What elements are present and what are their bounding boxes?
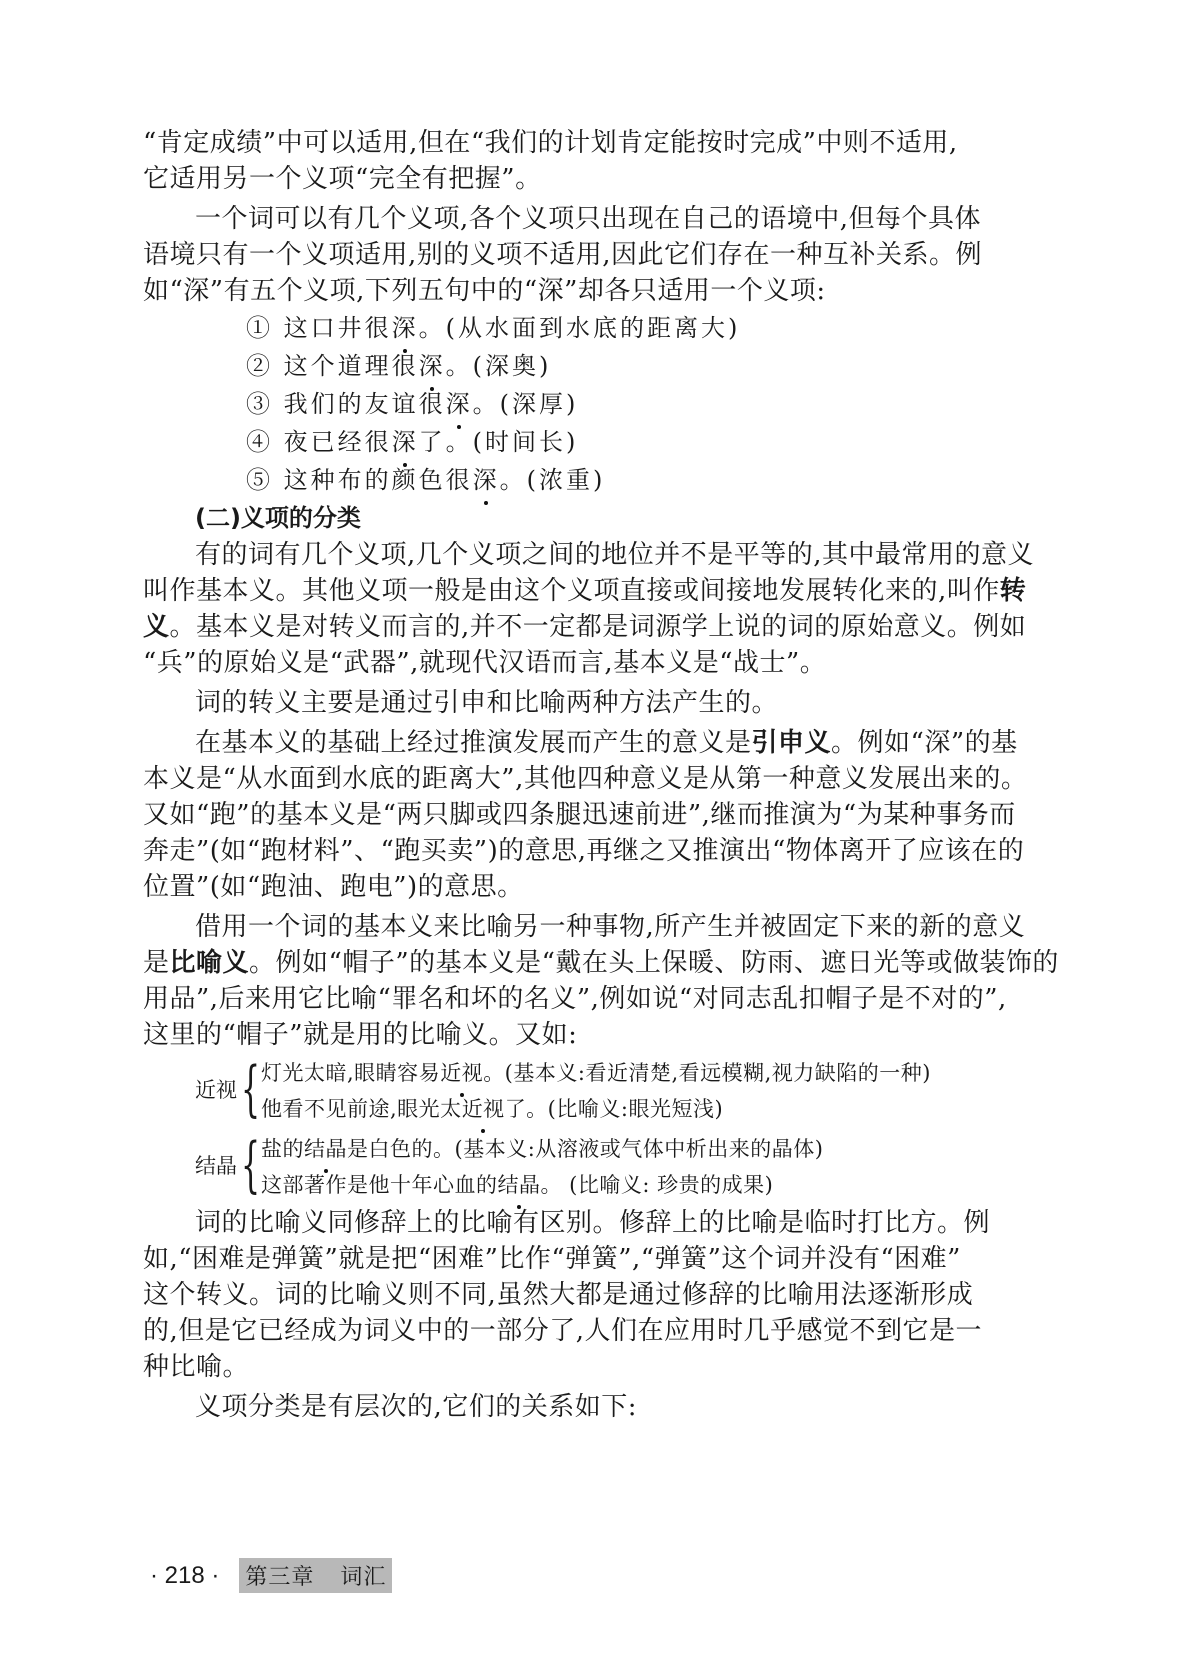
page-body: “肯定成绩”中可以适用,但在“我们的计划肯定能按时完成”中则不适用, 它适用另一… [143,125,1055,1425]
example-item: ④ 夜已经很深了。(时间长) [246,423,1055,461]
text-line: 奔走”(如“跑材料”、“跑买卖”)的意思,再继之又推演出“物体离开了应该在的 [143,833,1055,869]
example-group-jiejing: 结晶 { 盐的结晶是白色的。(基本义:从溶液或气体中析出来的晶体) 这部著作是他… [195,1131,1055,1205]
chapter-label: 第三章 词汇 [239,1558,392,1593]
text-line: 如“深”有五个义项,下列五句中的“深”却各只适用一个义项: [143,273,1055,309]
text-span: 。 (比喻义: 珍贵的成果) [541,1173,774,1197]
example-list: ① 这口井很深。(从水面到水底的距离大) ② 这个道理很深。(深奥) ③ 我们的… [143,309,1055,499]
text-span: 是 [143,948,170,978]
text-line: 有的词有几个义项,几个义项之间的地位并不是平等的,其中最常用的意义 [143,537,1055,573]
brace-icon: { [241,1057,260,1121]
text-span: 。例如“帽子”的基本义是“戴在头上保暖、防雨、遮日光等或做装饰的 [249,948,1059,978]
text-line: 是比喻义。例如“帽子”的基本义是“戴在头上保暖、防雨、遮日光等或做装饰的 [143,945,1055,981]
text-line: 义项分类是有层次的,它们的关系如下: [143,1389,1055,1425]
group-row: 盐的结晶是白色的。(基本义:从溶液或气体中析出来的晶体) [261,1131,823,1167]
group-row: 这部著作是他十年心血的结晶。 (比喻义: 珍贵的成果) [261,1167,823,1203]
example-gloss: 。(从水面到水底的距离大) [419,314,741,342]
term-bold: 比喻义 [170,948,250,978]
text-span: 这部著作是他十年心血的 [261,1173,498,1197]
emphasis-word: 近视 [440,1055,483,1091]
text-line: “兵”的原始义是“武器”,就现代汉语而言,基本义是“战士”。 [143,645,1055,681]
group-word: 结晶 [195,1151,237,1181]
text-line: 如,“困难是弹簧”就是把“困难”比作“弹簧”,“弹簧”这个词并没有“困难” [143,1241,1055,1277]
example-text: 这口井很 [284,314,392,342]
item-number: ⑤ [246,466,273,494]
page-number: · 218 · [150,1562,219,1590]
group-word: 近视 [195,1075,237,1105]
text-line: 的,但是它已经成为词义中的一部分了,人们在应用时几乎感觉不到它是一 [143,1313,1055,1349]
text-line: 又如“跑”的基本义是“两只脚或四条腿迅速前进”,继而推演为“为某种事务而 [143,797,1055,833]
example-item: ③ 我们的友谊很深。(深厚) [246,385,1055,423]
text-line: 这里的“帽子”就是用的比喻义。又如: [143,1017,1055,1053]
example-group-jinshi: 近视 { 灯光太暗,眼睛容易近视。(基本义:看近清楚,看远模糊,视力缺陷的一种)… [195,1055,1055,1129]
text-span: 是白色的。(基本义:从溶液或气体中析出来的晶体) [347,1137,823,1161]
group-row: 他看不见前途,眼光太近视了。(比喻义:眼光短浅) [261,1091,931,1127]
example-item: ① 这口井很深。(从水面到水底的距离大) [246,309,1055,347]
text-line: 它适用另一个义项“完全有把握”。 [143,161,1055,197]
text-span: 盐的 [261,1137,304,1161]
text-line: 位置”(如“跑油、跑电”)的意思。 [143,869,1055,905]
text-span: 灯光太暗,眼睛容易 [261,1061,440,1085]
text-span: 了。(比喻义:眼光短浅) [505,1097,723,1121]
item-number: ④ [246,428,273,456]
emphasis-word: 结晶 [304,1131,347,1167]
text-span: 。基本义是对转义而言的,并不一定都是词源学上说的词的原始意义。例如 [170,612,1027,642]
example-text: 这种布的颜色很 [284,466,473,494]
emphasis-word: 深 [392,309,419,347]
term-bold: 转 [1000,576,1027,606]
example-gloss: 。(浓重) [500,466,606,494]
emphasis-word: 结晶 [498,1167,541,1203]
text-span: 。例如“深”的基 [831,728,1018,758]
text-span: 他看不见前途,眼光太 [261,1097,462,1121]
item-number: ③ [246,390,273,418]
example-gloss: 。(深奥) [446,352,552,380]
emphasis-word: 近视 [462,1091,505,1127]
text-span: 。(基本义:看近清楚,看远模糊,视力缺陷的一种) [483,1061,931,1085]
term-bold: 引申义 [752,728,832,758]
emphasis-word: 深 [473,461,500,499]
example-text: 我们的友谊很 [284,390,446,418]
text-line: 用品”,后来用它比喻“罪名和坏的名义”,例如说“对同志乱扣帽子是不对的”, [143,981,1055,1017]
text-line: 种比喻。 [143,1349,1055,1385]
text-line: 词的转义主要是通过引申和比喻两种方法产生的。 [143,685,1055,721]
page-footer: · 218 · 第三章 词汇 [150,1558,392,1593]
example-item: ② 这个道理很深。(深奥) [246,347,1055,385]
example-text: 夜已经很 [284,428,392,456]
text-line: 本义是“从水面到水底的距离大”,其他四种意义是从第一种意义发展出来的。 [143,761,1055,797]
example-gloss: 了。(时间长) [419,428,579,456]
text-span: 在基本义的基础上经过推演发展而产生的意义是 [195,728,752,758]
example-gloss: 。(深厚) [473,390,579,418]
section-heading: (二)义项的分类 [143,499,1055,537]
text-line: 这个转义。词的比喻义则不同,虽然大都是通过修辞的比喻用法逐渐形成 [143,1277,1055,1313]
text-line: 义。基本义是对转义而言的,并不一定都是词源学上说的词的原始意义。例如 [143,609,1055,645]
text-line: “肯定成绩”中可以适用,但在“我们的计划肯定能按时完成”中则不适用, [143,125,1055,161]
brace-icon: { [241,1133,260,1197]
text-line: 在基本义的基础上经过推演发展而产生的意义是引申义。例如“深”的基 [143,725,1055,761]
item-number: ① [246,314,273,342]
example-item: ⑤ 这种布的颜色很深。(浓重) [246,461,1055,499]
text-line: 一个词可以有几个义项,各个义项只出现在自己的语境中,但每个具体 [143,201,1055,237]
term-bold: 义 [143,612,170,642]
emphasis-word: 深 [419,347,446,385]
example-text: 这个道理很 [284,352,419,380]
text-line: 语境只有一个义项适用,别的义项不适用,因此它们存在一种互补关系。例 [143,237,1055,273]
item-number: ② [246,352,273,380]
emphasis-word: 深 [392,423,419,461]
group-row: 灯光太暗,眼睛容易近视。(基本义:看近清楚,看远模糊,视力缺陷的一种) [261,1055,931,1091]
emphasis-word: 深 [446,385,473,423]
text-line: 词的比喻义同修辞上的比喻有区别。修辞上的比喻是临时打比方。例 [143,1205,1055,1241]
text-span: 叫作基本义。其他义项一般是由这个义项直接或间接地发展转化来的,叫作 [143,576,1000,606]
text-line: 叫作基本义。其他义项一般是由这个义项直接或间接地发展转化来的,叫作转 [143,573,1055,609]
text-line: 借用一个词的基本义来比喻另一种事物,所产生并被固定下来的新的意义 [143,909,1055,945]
